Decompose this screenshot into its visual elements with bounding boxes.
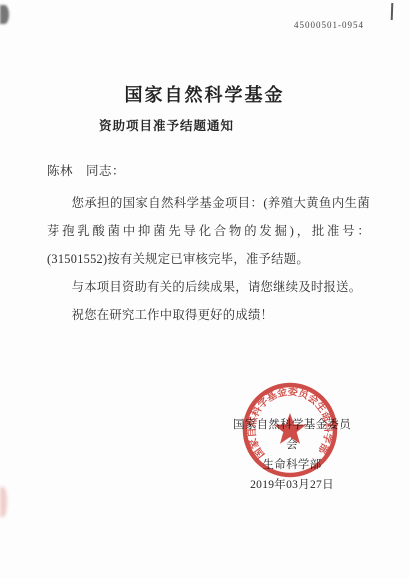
scan-artifact-left-pink [0,487,7,517]
signature-date: 2019年03月27日 [233,475,351,495]
signature-organization: 国家自然科学基金委员会 [233,415,351,455]
document-title: 国家自然科学基金 [0,81,409,107]
notice-document-page: 45000501-0954 国家自然科学基金 资助项目准予结题通知 陈林 同志：… [0,0,409,579]
signature-block: 国家自然科学基金委员会 生命科学部 2019年03月27日 [233,415,351,495]
letter-body: 您承担的国家自然科学基金项目：(养殖大黄鱼内生菌芽孢乳酸菌中抑菌先导化合物的发掘… [47,189,370,329]
salutation: 陈林 同志： [47,161,125,179]
paragraph-followup-results: 与本项目资助有关的后续成果，请您继续及时报送。 [47,273,370,301]
document-subtitle: 资助项目准予结题通知 [0,116,371,134]
scan-artifact-top-right-tick [391,3,394,20]
signature-department: 生命科学部 [233,455,351,475]
scan-artifact-top-left [0,5,9,24]
document-serial-number: 45000501-0954 [294,20,364,30]
paragraph-wishes: 祝您在研究工作中取得更好的成绩！ [47,301,370,329]
paragraph-project-approval: 您承担的国家自然科学基金项目：(养殖大黄鱼内生菌芽孢乳酸菌中抑菌先导化合物的发掘… [47,189,370,273]
